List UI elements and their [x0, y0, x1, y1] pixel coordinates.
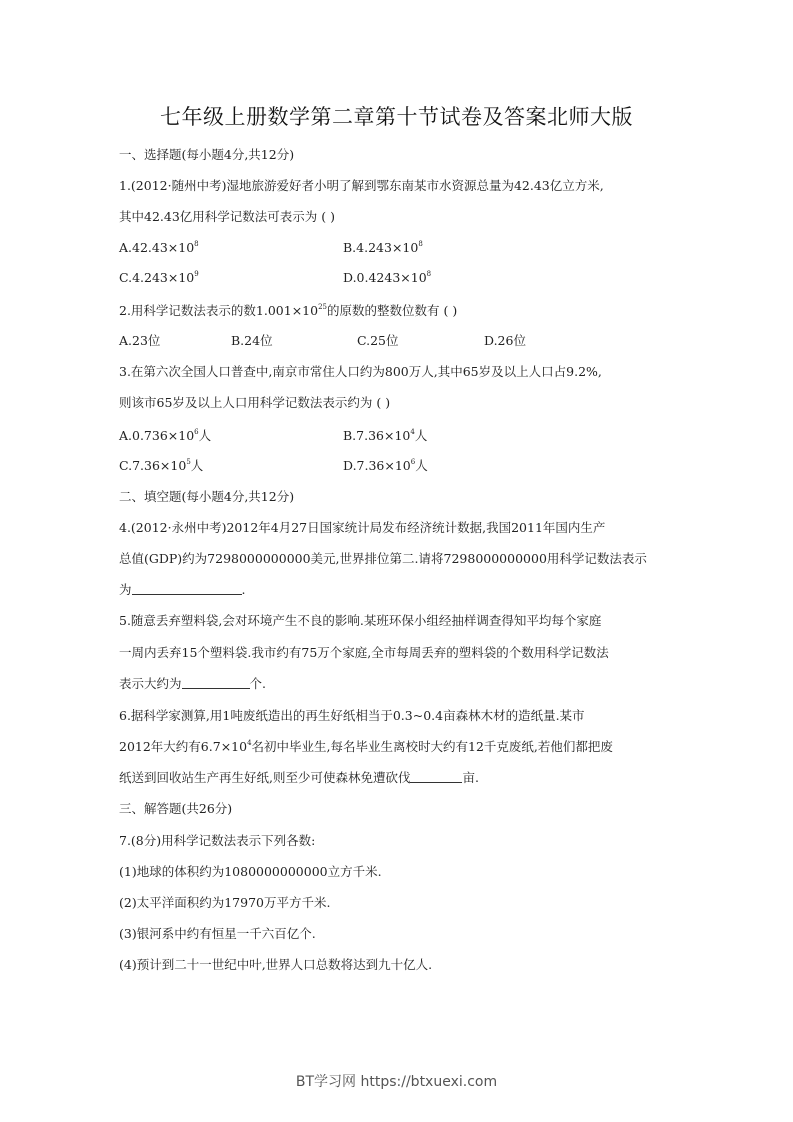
answer-blank — [182, 676, 250, 689]
question-3-option-c: C.7.36×105人 — [119, 458, 203, 474]
question-2-stem: 2.用科学记数法表示的数1.001×1025的原数的整数位数有 ( ) — [119, 303, 457, 319]
question-1-line-1: 1.(2012·随州中考)湿地旅游爱好者小明了解到鄂东南某市水资源总量为42.4… — [119, 178, 604, 194]
question-3-option-d: D.7.36×106人 — [343, 458, 428, 474]
question-7-item-2: (2)太平洋面积约为17970万平方千米. — [119, 895, 330, 911]
question-2-option-a: A.23位 — [119, 333, 160, 349]
question-4-line-3: 为. — [119, 582, 246, 598]
question-7-item-4: (4)预计到二十一世纪中叶,世界人口总数将达到九十亿人. — [119, 957, 432, 973]
question-4-line-1: 4.(2012·永州中考)2012年4月27日国家统计局发布经济统计数据,我国2… — [119, 520, 605, 536]
question-5-line-3: 表示大约为个. — [119, 676, 266, 692]
question-1-line-2: 其中42.43亿用科学记数法可表示为 ( ) — [119, 209, 335, 225]
question-2-option-d: D.26位 — [484, 333, 526, 349]
section-heading-choice: 一、选择题(每小题4分,共12分) — [119, 147, 294, 163]
question-6-line-2: 2012年大约有6.7×104名初中毕业生,每名毕业生离校时大约有12千克废纸,… — [119, 739, 613, 755]
question-7-item-1: (1)地球的体积约为1080000000000立方千米. — [119, 864, 382, 880]
question-2-option-b: B.24位 — [231, 333, 273, 349]
page-title: 七年级上册数学第二章第十节试卷及答案北师大版 — [0, 101, 793, 131]
question-7-stem: 7.(8分)用科学记数法表示下列各数: — [119, 833, 315, 849]
footer-watermark: BT学习网 https://btxuexi.com — [0, 1071, 793, 1091]
question-2-option-c: C.25位 — [357, 333, 399, 349]
question-3-line-1: 3.在第六次全国人口普查中,南京市常住人口约为800万人,其中65岁及以上人口占… — [119, 364, 602, 380]
question-6-line-3: 纸送到回收站生产再生好纸,则至少可使森林免遭砍伐亩. — [119, 770, 479, 786]
question-1-option-d: D.0.4243×108 — [343, 270, 431, 286]
question-5-line-2: 一周内丢弃15个塑料袋.我市约有75万个家庭,全市每周丢弃的塑料袋的个数用科学记… — [119, 645, 609, 661]
question-3-line-2: 则该市65岁及以上人口用科学记数法表示约为 ( ) — [119, 395, 390, 411]
section-heading-fill-blank: 二、填空题(每小题4分,共12分) — [119, 489, 294, 505]
question-1-option-a: A.42.43×108 — [119, 240, 199, 256]
question-6-line-1: 6.据科学家测算,用1吨废纸造出的再生好纸相当于0.3~0.4亩森林木材的造纸量… — [119, 708, 585, 724]
section-heading-solve: 三、解答题(共26分) — [119, 801, 232, 817]
question-4-line-2: 总值(GDP)约为7298000000000美元,世界排位第二.请将729800… — [119, 551, 647, 567]
answer-blank — [132, 582, 242, 595]
question-1-option-c: C.4.243×109 — [119, 270, 199, 286]
question-3-option-b: B.7.36×104人 — [343, 428, 427, 444]
question-1-option-b: B.4.243×108 — [343, 240, 423, 256]
question-7-item-3: (3)银河系中约有恒星一千六百亿个. — [119, 926, 316, 942]
question-3-option-a: A.0.736×106人 — [119, 428, 211, 444]
question-5-line-1: 5.随意丢弃塑料袋,会对环境产生不良的影响.某班环保小组经抽样调查得知平均每个家… — [119, 613, 601, 629]
answer-blank — [410, 770, 462, 783]
